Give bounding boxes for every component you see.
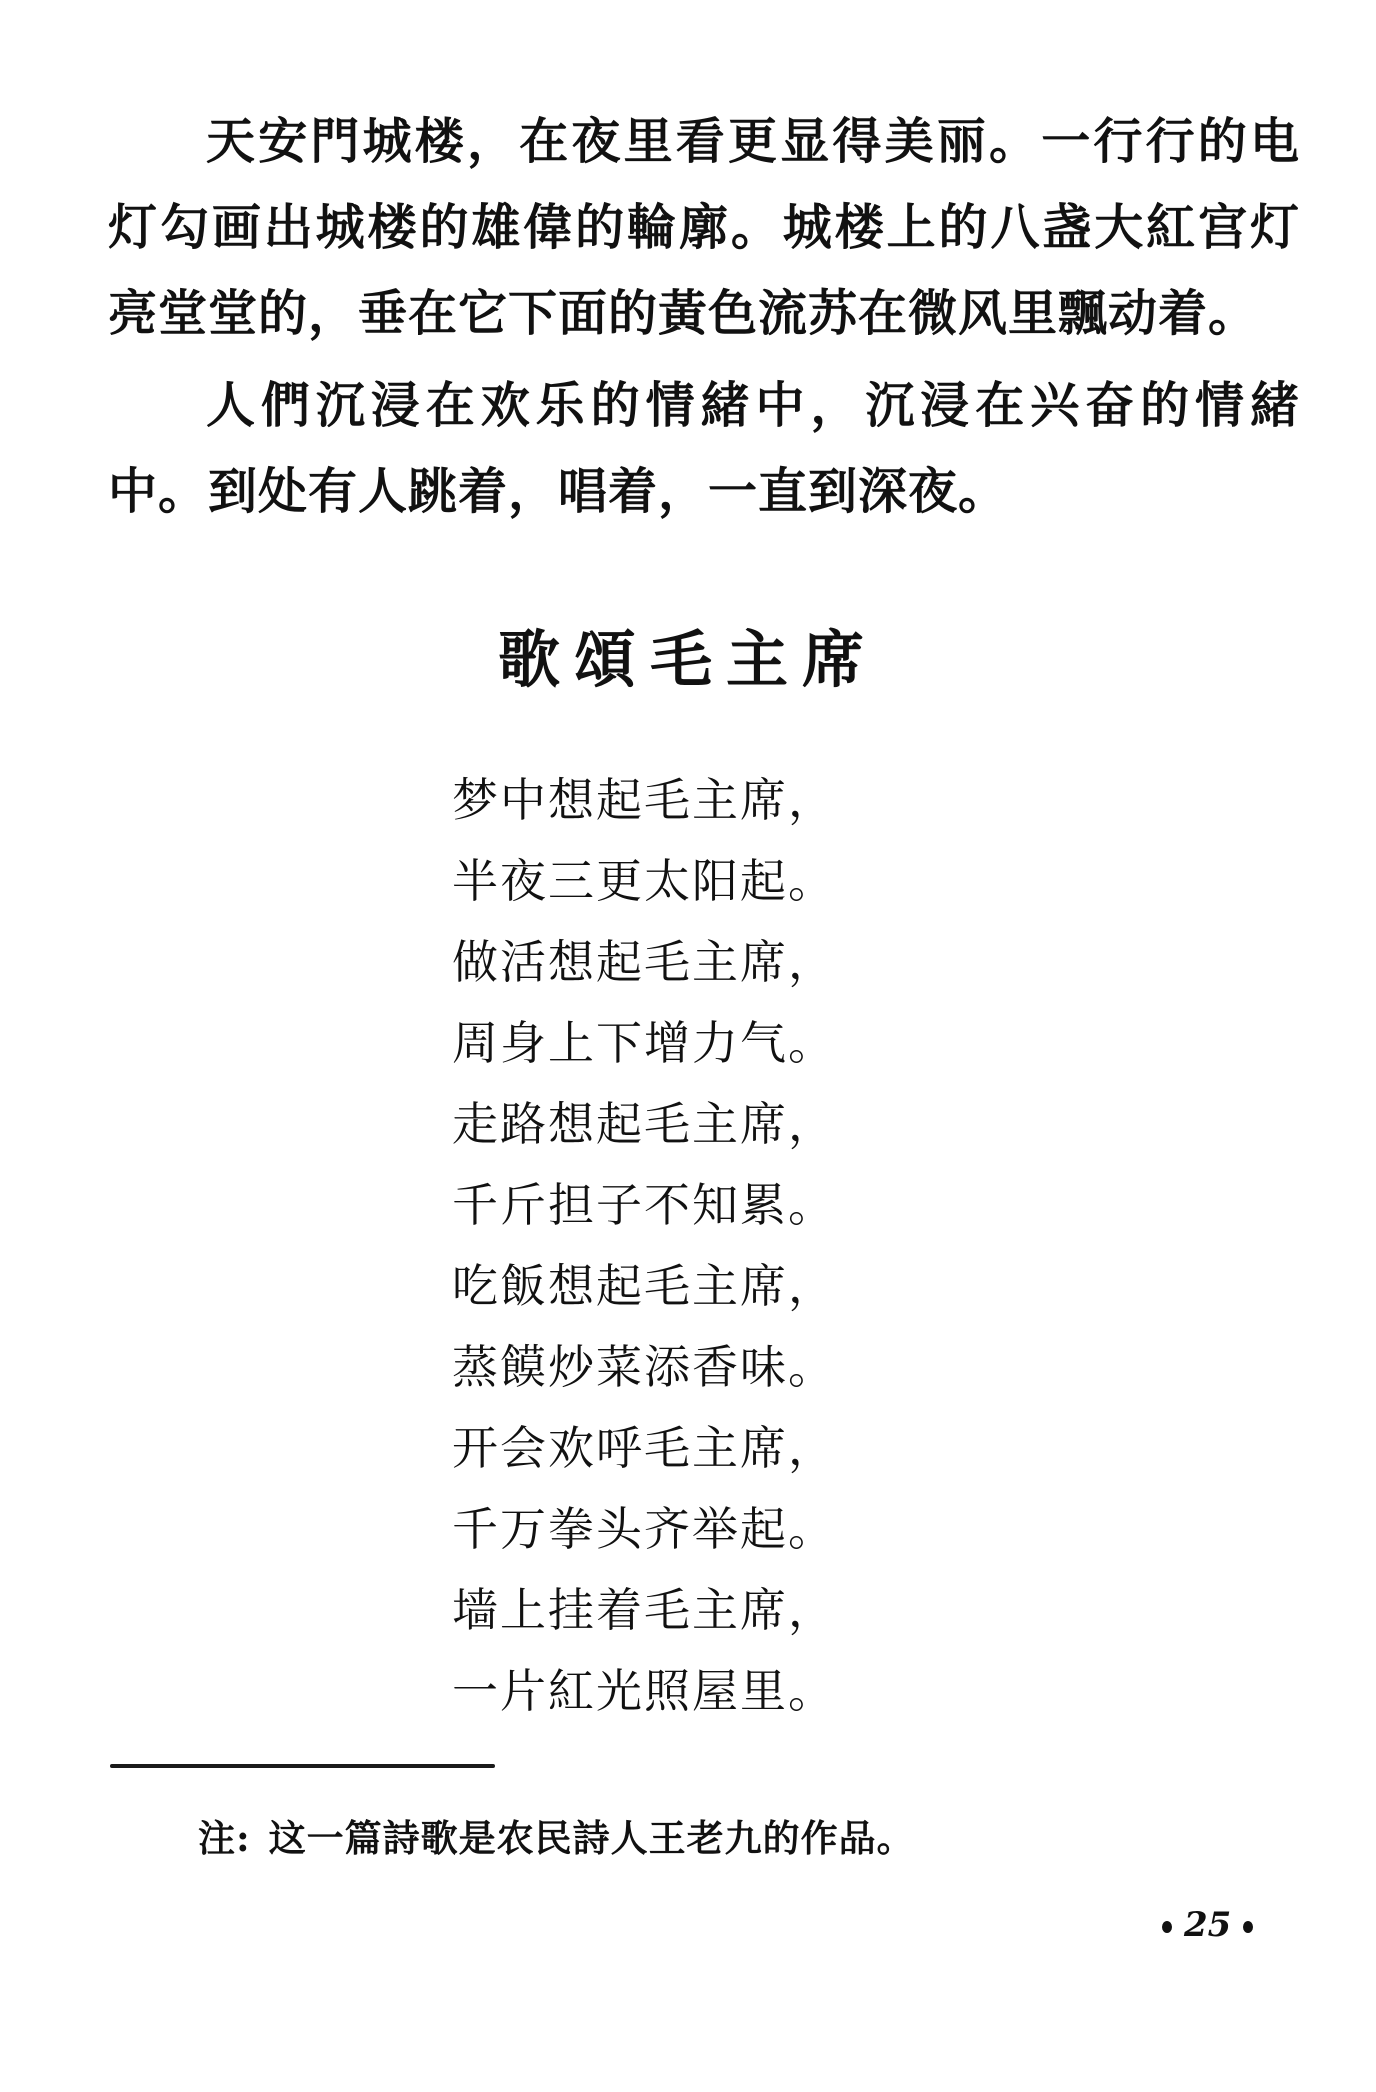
bullet-left-icon xyxy=(1162,1921,1172,1933)
poem-line: 半夜三更太阳起。 xyxy=(452,841,872,922)
book-page: 天安門城楼，在夜里看更显得美丽。一行行的电灯勾画出城楼的雄偉的輪廓。城楼上的八盏… xyxy=(0,0,1376,2092)
poem-line: 千斤担子不知累。 xyxy=(452,1165,872,1246)
footnote-divider xyxy=(110,1764,495,1768)
bullet-right-icon xyxy=(1243,1921,1253,1933)
poem-line: 开会欢呼毛主席， xyxy=(452,1408,872,1489)
footnote: 注:这一篇詩歌是农民詩人王老九的作品。 xyxy=(198,1810,915,1866)
poem-line: 周身上下增力气。 xyxy=(452,1003,872,1084)
poem-line: 走路想起毛主席， xyxy=(452,1084,872,1165)
poem-line: 做活想起毛主席， xyxy=(452,922,872,1003)
poem-line: 吃飯想起毛主席， xyxy=(452,1246,872,1327)
prose-section: 天安門城楼，在夜里看更显得美丽。一行行的电灯勾画出城楼的雄偉的輪廓。城楼上的八盏… xyxy=(108,98,1300,534)
poem-line: 梦中想起毛主席， xyxy=(452,760,872,841)
poem-line: 千万拳头齐举起。 xyxy=(452,1489,872,1570)
poem-title: 歌頌毛主席 xyxy=(0,618,1376,702)
poem-line: 蒸饃炒菜添香味。 xyxy=(452,1327,872,1408)
footnote-text: 这一篇詩歌是农民詩人王老九的作品。 xyxy=(269,1816,915,1860)
footnote-label: 注: xyxy=(198,1816,251,1860)
paragraph-tiananmen-night: 天安門城楼，在夜里看更显得美丽。一行行的电灯勾画出城楼的雄偉的輪廓。城楼上的八盏… xyxy=(108,98,1300,356)
poem-line: 一片紅光照屋里。 xyxy=(452,1651,872,1732)
poem-body: 梦中想起毛主席， 半夜三更太阳起。 做活想起毛主席， 周身上下增力气。 走路想起… xyxy=(452,760,872,1732)
paragraph-celebration: 人們沉浸在欢乐的情緒中，沉浸在兴奋的情緒中。到处有人跳着，唱着，一直到深夜。 xyxy=(108,362,1300,534)
poem-line: 墙上挂着毛主席， xyxy=(452,1570,872,1651)
page-number: 25 xyxy=(1150,1900,1265,1950)
page-number-value: 25 xyxy=(1184,1905,1231,1945)
